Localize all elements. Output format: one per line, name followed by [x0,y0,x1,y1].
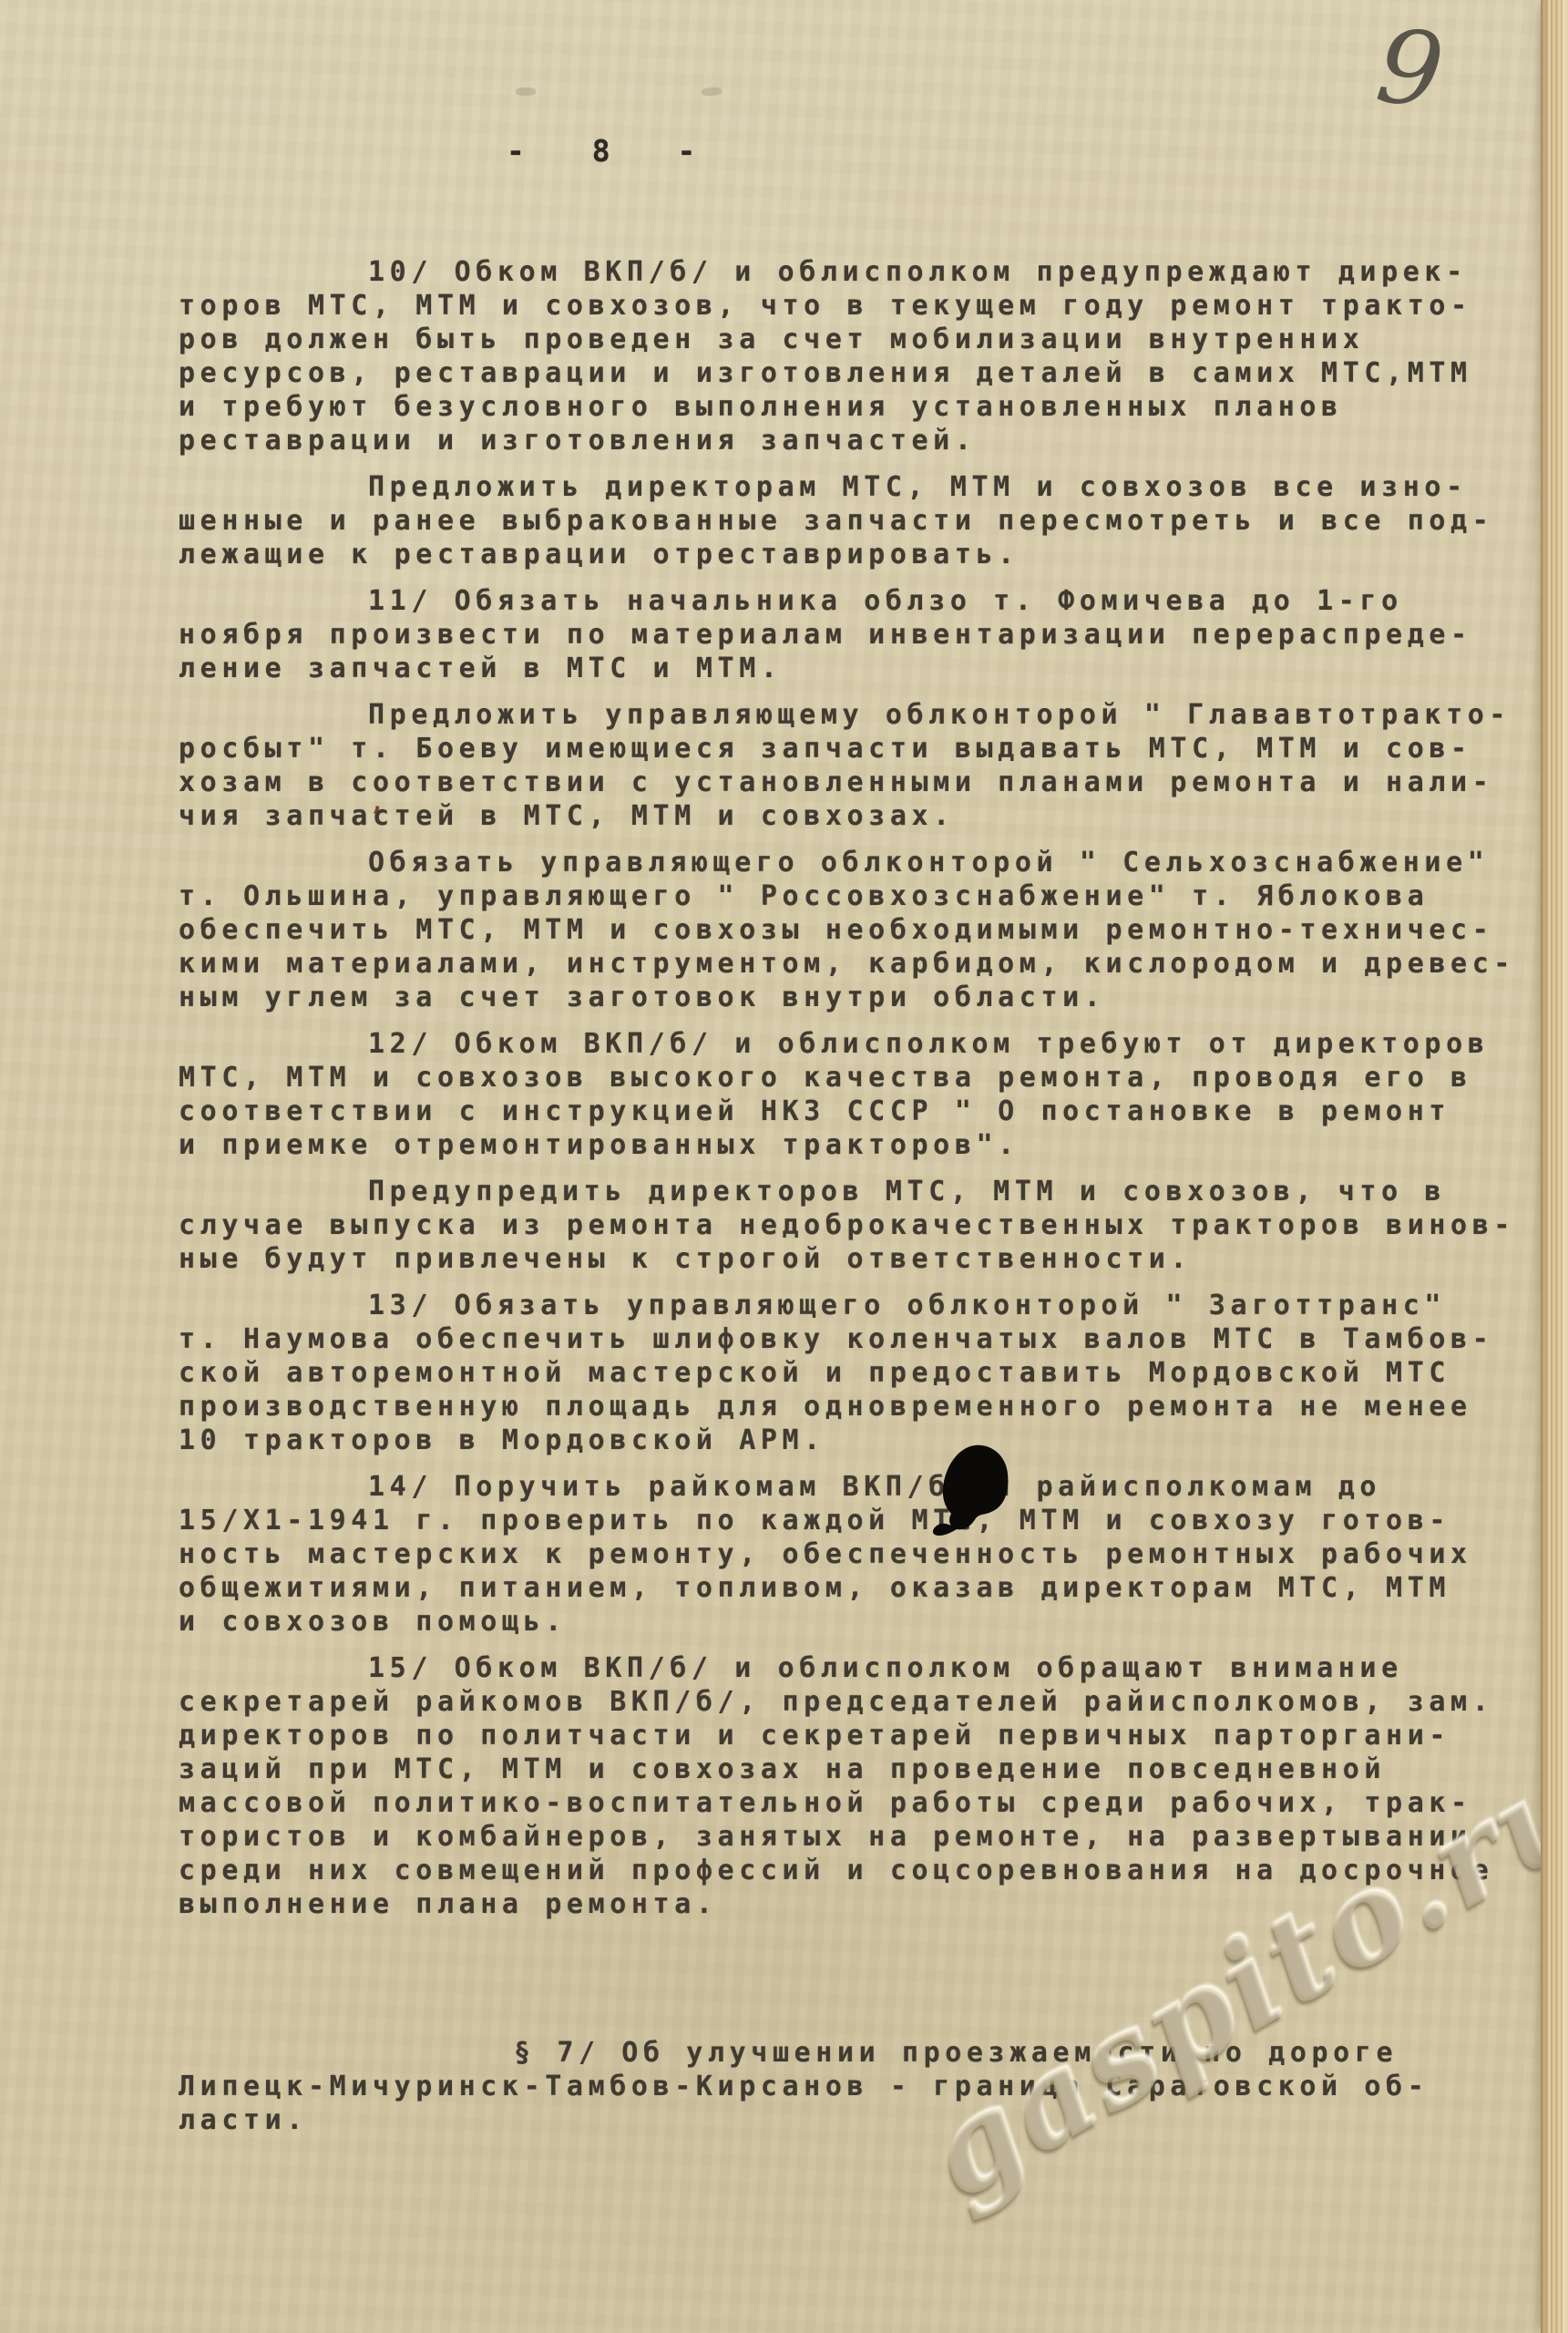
smudge-mark [702,87,723,97]
paragraph: 13/ Обязать управляющего облконторой " З… [179,1289,1518,1457]
text-line: 11/ Обязать начальника облзо т. Фомичева… [179,584,1518,618]
text-line: производственную площадь для одновременн… [179,1390,1518,1423]
paragraph: Обязать управляющего облконторой " Сельх… [179,846,1518,1014]
text-line: ресурсов, реставрации и изготовления дет… [179,356,1518,390]
handwritten-page-number: 9 [1371,15,1448,124]
text-line: 13/ Обязать управляющего облконторой " З… [179,1289,1518,1322]
text-line: Обязать управляющего облконторой " Сельх… [179,846,1518,879]
text-line: росбыт" т. Боеву имеющиеся запчасти выда… [179,732,1518,766]
text-line: заций при МТС, МТМ и совхозах на проведе… [179,1752,1518,1786]
paragraph: 12/ Обком ВКП/б/ и облисполком требуют о… [179,1027,1518,1162]
text-line: Предупредить директоров МТС, МТМ и совхо… [179,1175,1518,1208]
paragraph: Предупредить директоров МТС, МТМ и совхо… [179,1175,1518,1276]
text-line: 15/Х1-1941 г. проверить по каждой МТС, М… [179,1504,1518,1537]
text-line: шенные и ранее выбракованные запчасти пе… [179,504,1518,538]
text-line: ноября произвести по материалам инвентар… [179,618,1518,652]
text-line: Предложить директорам МТС, МТМ и совхозо… [179,470,1518,504]
section-heading-paragraph: § 7/ Об улучшении проезжаемости по дорог… [179,2036,1518,2137]
text-line: ской авторемонтной мастерской и предоста… [179,1356,1518,1390]
document-page: - 8 - 9 10/ Обком ВКП/б/ и облисполком п… [0,0,1568,2333]
text-line: массовой политико-воспитательной работы … [179,1786,1518,1820]
text-line: ным углем за счет заготовок внутри облас… [179,981,1518,1014]
text-line: 10 тракторов в Мордовской АРМ. [179,1423,1518,1457]
text-line: директоров по политчасти и секретарей пе… [179,1719,1518,1752]
text-line: общежитиями, питанием, топливом, оказав … [179,1571,1518,1605]
text-line: реставрации и изготовления запчастей. [179,424,1518,457]
text-line: § 7/ Об улучшении проезжаемости по дорог… [179,2036,1518,2070]
text-line: ров должен быть проведен за счет мобилиз… [179,323,1518,356]
text-line: 14/ Поручить райкомам ВКП/б/ и райисполк… [179,1470,1518,1504]
text-line: 15/ Обком ВКП/б/ и облисполком обращают … [179,1651,1518,1685]
text-line: и совхозов помощь. [179,1605,1518,1639]
text-line: ление запчастей в МТС и МТМ. [179,652,1518,685]
text-line: 12/ Обком ВКП/б/ и облисполком требуют о… [179,1027,1518,1061]
text-line: соответствии с инструкцией НКЗ СССР " О … [179,1095,1518,1128]
text-line: Липецк-Мичуринск-Тамбов-Кирсанов - грани… [179,2070,1518,2103]
smudge-mark [516,87,536,96]
ink-blot-stain [922,1443,1013,1537]
text-line: ные будут привлечены к строгой ответстве… [179,1242,1518,1276]
text-line: т. Ольшина, управляющего " Россовхозснаб… [179,879,1518,913]
text-line: т. Наумова обеспечить шлифовку коленчаты… [179,1322,1518,1356]
text-line: Предложить управляющему облконторой " Гл… [179,698,1518,732]
paragraph: 11/ Обязать начальника облзо т. Фомичева… [179,584,1518,685]
text-line: обеспечить МТС, МТМ и совхозы необходимы… [179,913,1518,947]
page-number: - 8 - [507,133,701,169]
text-line: 10/ Обком ВКП/б/ и облисполком предупреж… [179,255,1518,289]
text-line: случае выпуска из ремонта недоброкачеств… [179,1208,1518,1242]
text-line: торов МТС, МТМ и совхозов, что в текущем… [179,289,1518,323]
text-line: ласти. [179,2103,1518,2137]
paragraph: 10/ Обком ВКП/б/ и облисполком предупреж… [179,255,1518,457]
page-right-edge [1541,0,1568,2333]
text-line: МТС, МТМ и совхозов высокого качества ре… [179,1061,1518,1095]
text-line: и требуют безусловного выполнения устано… [179,390,1518,424]
text-line: и приемке отремонтированных тракторов". [179,1128,1518,1162]
paragraph: Предложить директорам МТС, МТМ и совхозо… [179,470,1518,571]
text-line: кими материалами, инструментом, карбидом… [179,947,1518,981]
paragraph: 14/ Поручить райкомам ВКП/б/ и райисполк… [179,1470,1518,1639]
text-line: секретарей райкомов ВКП/б/, председателе… [179,1685,1518,1719]
text-line: тористов и комбайнеров, занятых на ремон… [179,1820,1518,1854]
text-line: лежащие к реставрации отреставрировать. [179,538,1518,571]
text-line: ность мастерских к ремонту, обеспеченнос… [179,1537,1518,1571]
